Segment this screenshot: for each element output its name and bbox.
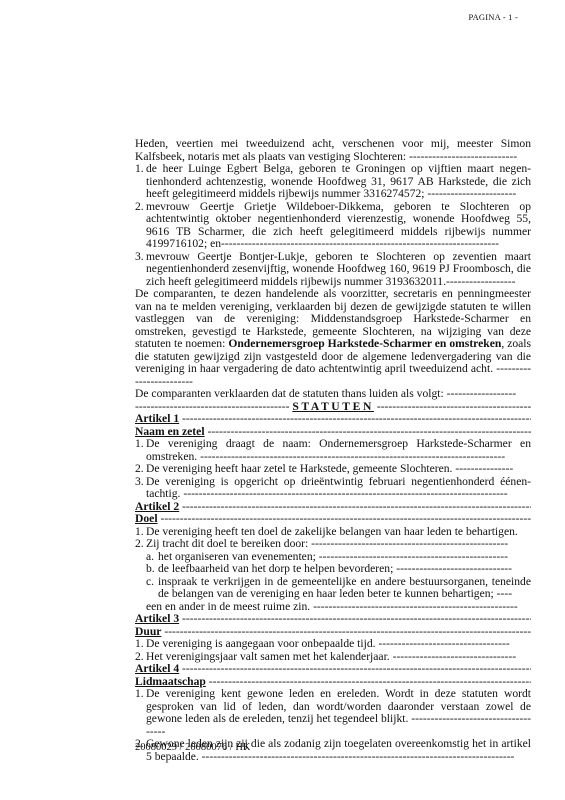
article-title: Naam en zetel <box>135 426 205 438</box>
dash-fill: ---------------------------------------- <box>135 401 289 413</box>
page-number: PAGINA - 1 - <box>468 12 518 22</box>
list-letter: b. <box>146 563 158 576</box>
article-2-title: Doel -----------------------------------… <box>135 513 531 526</box>
dash-fill: ----------------------------------------… <box>164 626 531 638</box>
party-3: 3. mevrouw Geertje Bontjer-Lukje, gebore… <box>135 251 531 289</box>
list-text: De vereniging kent gewone leden en erele… <box>146 688 531 738</box>
article-2-closing: een en ander in de meest ruime zin. ----… <box>146 601 531 614</box>
article-3-item-1: 1.De vereniging is aangegaan voor onbepa… <box>135 638 531 651</box>
article-2-label: Artikel 2 ------------------------------… <box>135 501 531 514</box>
list-number: 2. <box>135 463 146 476</box>
list-text: Het verenigingsjaar valt samen met het k… <box>146 651 531 664</box>
intro-paragraph: Heden, veertien mei tweeduizend acht, ve… <box>135 138 531 163</box>
document-body: Heden, veertien mei tweeduizend acht, ve… <box>135 138 531 763</box>
list-number: 1. <box>135 688 146 738</box>
list-text: mevrouw Geertje Grietje Wildeboer-Dikkem… <box>146 201 531 251</box>
article-1-label: Artikel 1 ------------------------------… <box>135 413 531 426</box>
article-3-title: Duur -----------------------------------… <box>135 626 531 639</box>
list-number: 2. <box>135 201 146 251</box>
statuten-heading: ----------------------------------------… <box>135 401 531 414</box>
statuten-title: STATUTEN <box>292 401 374 413</box>
dash-fill: ----------------------------------------… <box>182 501 531 513</box>
article-title: Duur <box>135 626 161 638</box>
list-text: Zij tracht dit doel te bereiken door: --… <box>146 538 531 551</box>
article-4-item-1: 1.De vereniging kent gewone leden en ere… <box>135 688 531 738</box>
article-2-sub-b: b.de leefbaarheid van het dorp te helpen… <box>146 563 531 576</box>
article-label: Artikel 1 <box>135 413 179 425</box>
article-2-item-2: 2.Zij tracht dit doel te bereiken door: … <box>135 538 531 551</box>
association-name: Ondernemersgroep Harkstede-Scharmer en o… <box>228 337 501 350</box>
article-3-label: Artikel 3 ------------------------------… <box>135 613 531 626</box>
dash-fill: ----------------------------------------… <box>160 513 531 525</box>
verklaarden-line: De comparanten verklaarden dat de statut… <box>135 388 531 401</box>
list-text: De vereniging is opgericht op drieëntwin… <box>146 476 531 501</box>
article-label: Artikel 4 <box>135 663 179 675</box>
article-3-item-2: 2.Het verenigingsjaar valt samen met het… <box>135 651 531 664</box>
list-letter: c. <box>146 576 158 601</box>
list-number: 2. <box>135 538 146 551</box>
list-number: 1. <box>135 638 146 651</box>
document-reference: 20080029 / 20080076 / HK <box>135 742 251 753</box>
list-number: 1. <box>135 163 146 201</box>
list-number: 2. <box>135 651 146 664</box>
list-text: mevrouw Geertje Bontjer-Lukje, geboren t… <box>146 251 531 289</box>
dash-fill: ----------------------------------------… <box>377 401 531 413</box>
article-1-item-1: 1.De vereniging draagt de naam: Ondernem… <box>135 438 531 463</box>
list-text: De vereniging heeft haar zetel te Harkst… <box>146 463 531 476</box>
article-4-label: Artikel 4 ------------------------------… <box>135 663 531 676</box>
article-2-sub-c: c.inspraak te verkrijgen in de gemeentel… <box>146 576 531 601</box>
list-number: 1. <box>135 438 146 463</box>
dash-fill: ----------------------------------------… <box>182 413 531 425</box>
dash-fill: ----------------------------------------… <box>182 663 531 675</box>
list-text: De vereniging draagt de naam: Ondernemer… <box>146 438 531 463</box>
dash-fill: ----------------------------------------… <box>182 613 531 625</box>
party-1: 1. de heer Luinge Egbert Belga, geboren … <box>135 163 531 201</box>
dash-fill: ----------------------------------------… <box>207 426 531 438</box>
article-title: Lidmaatschap <box>135 676 206 688</box>
list-text: inspraak te verkrijgen in de gemeentelij… <box>158 576 531 601</box>
list-text: de leefbaarheid van het dorp te helpen b… <box>158 563 531 576</box>
article-1-item-3: 3.De vereniging is opgericht op drieëntw… <box>135 476 531 501</box>
list-number: 3. <box>135 476 146 501</box>
list-number: 3. <box>135 251 146 289</box>
article-1-item-2: 2.De vereniging heeft haar zetel te Hark… <box>135 463 531 476</box>
article-label: Artikel 3 <box>135 613 179 625</box>
comparanten-paragraph: De comparanten, te dezen handelende als … <box>135 288 531 388</box>
article-label: Artikel 2 <box>135 501 179 513</box>
list-text: De vereniging is aangegaan voor onbepaal… <box>146 638 531 651</box>
party-2: 2. mevrouw Geertje Grietje Wildeboer-Dik… <box>135 201 531 251</box>
article-title: Doel <box>135 513 158 525</box>
dash-fill: ----------------------------------------… <box>209 676 531 688</box>
list-text: de heer Luinge Egbert Belga, geboren te … <box>146 163 531 201</box>
